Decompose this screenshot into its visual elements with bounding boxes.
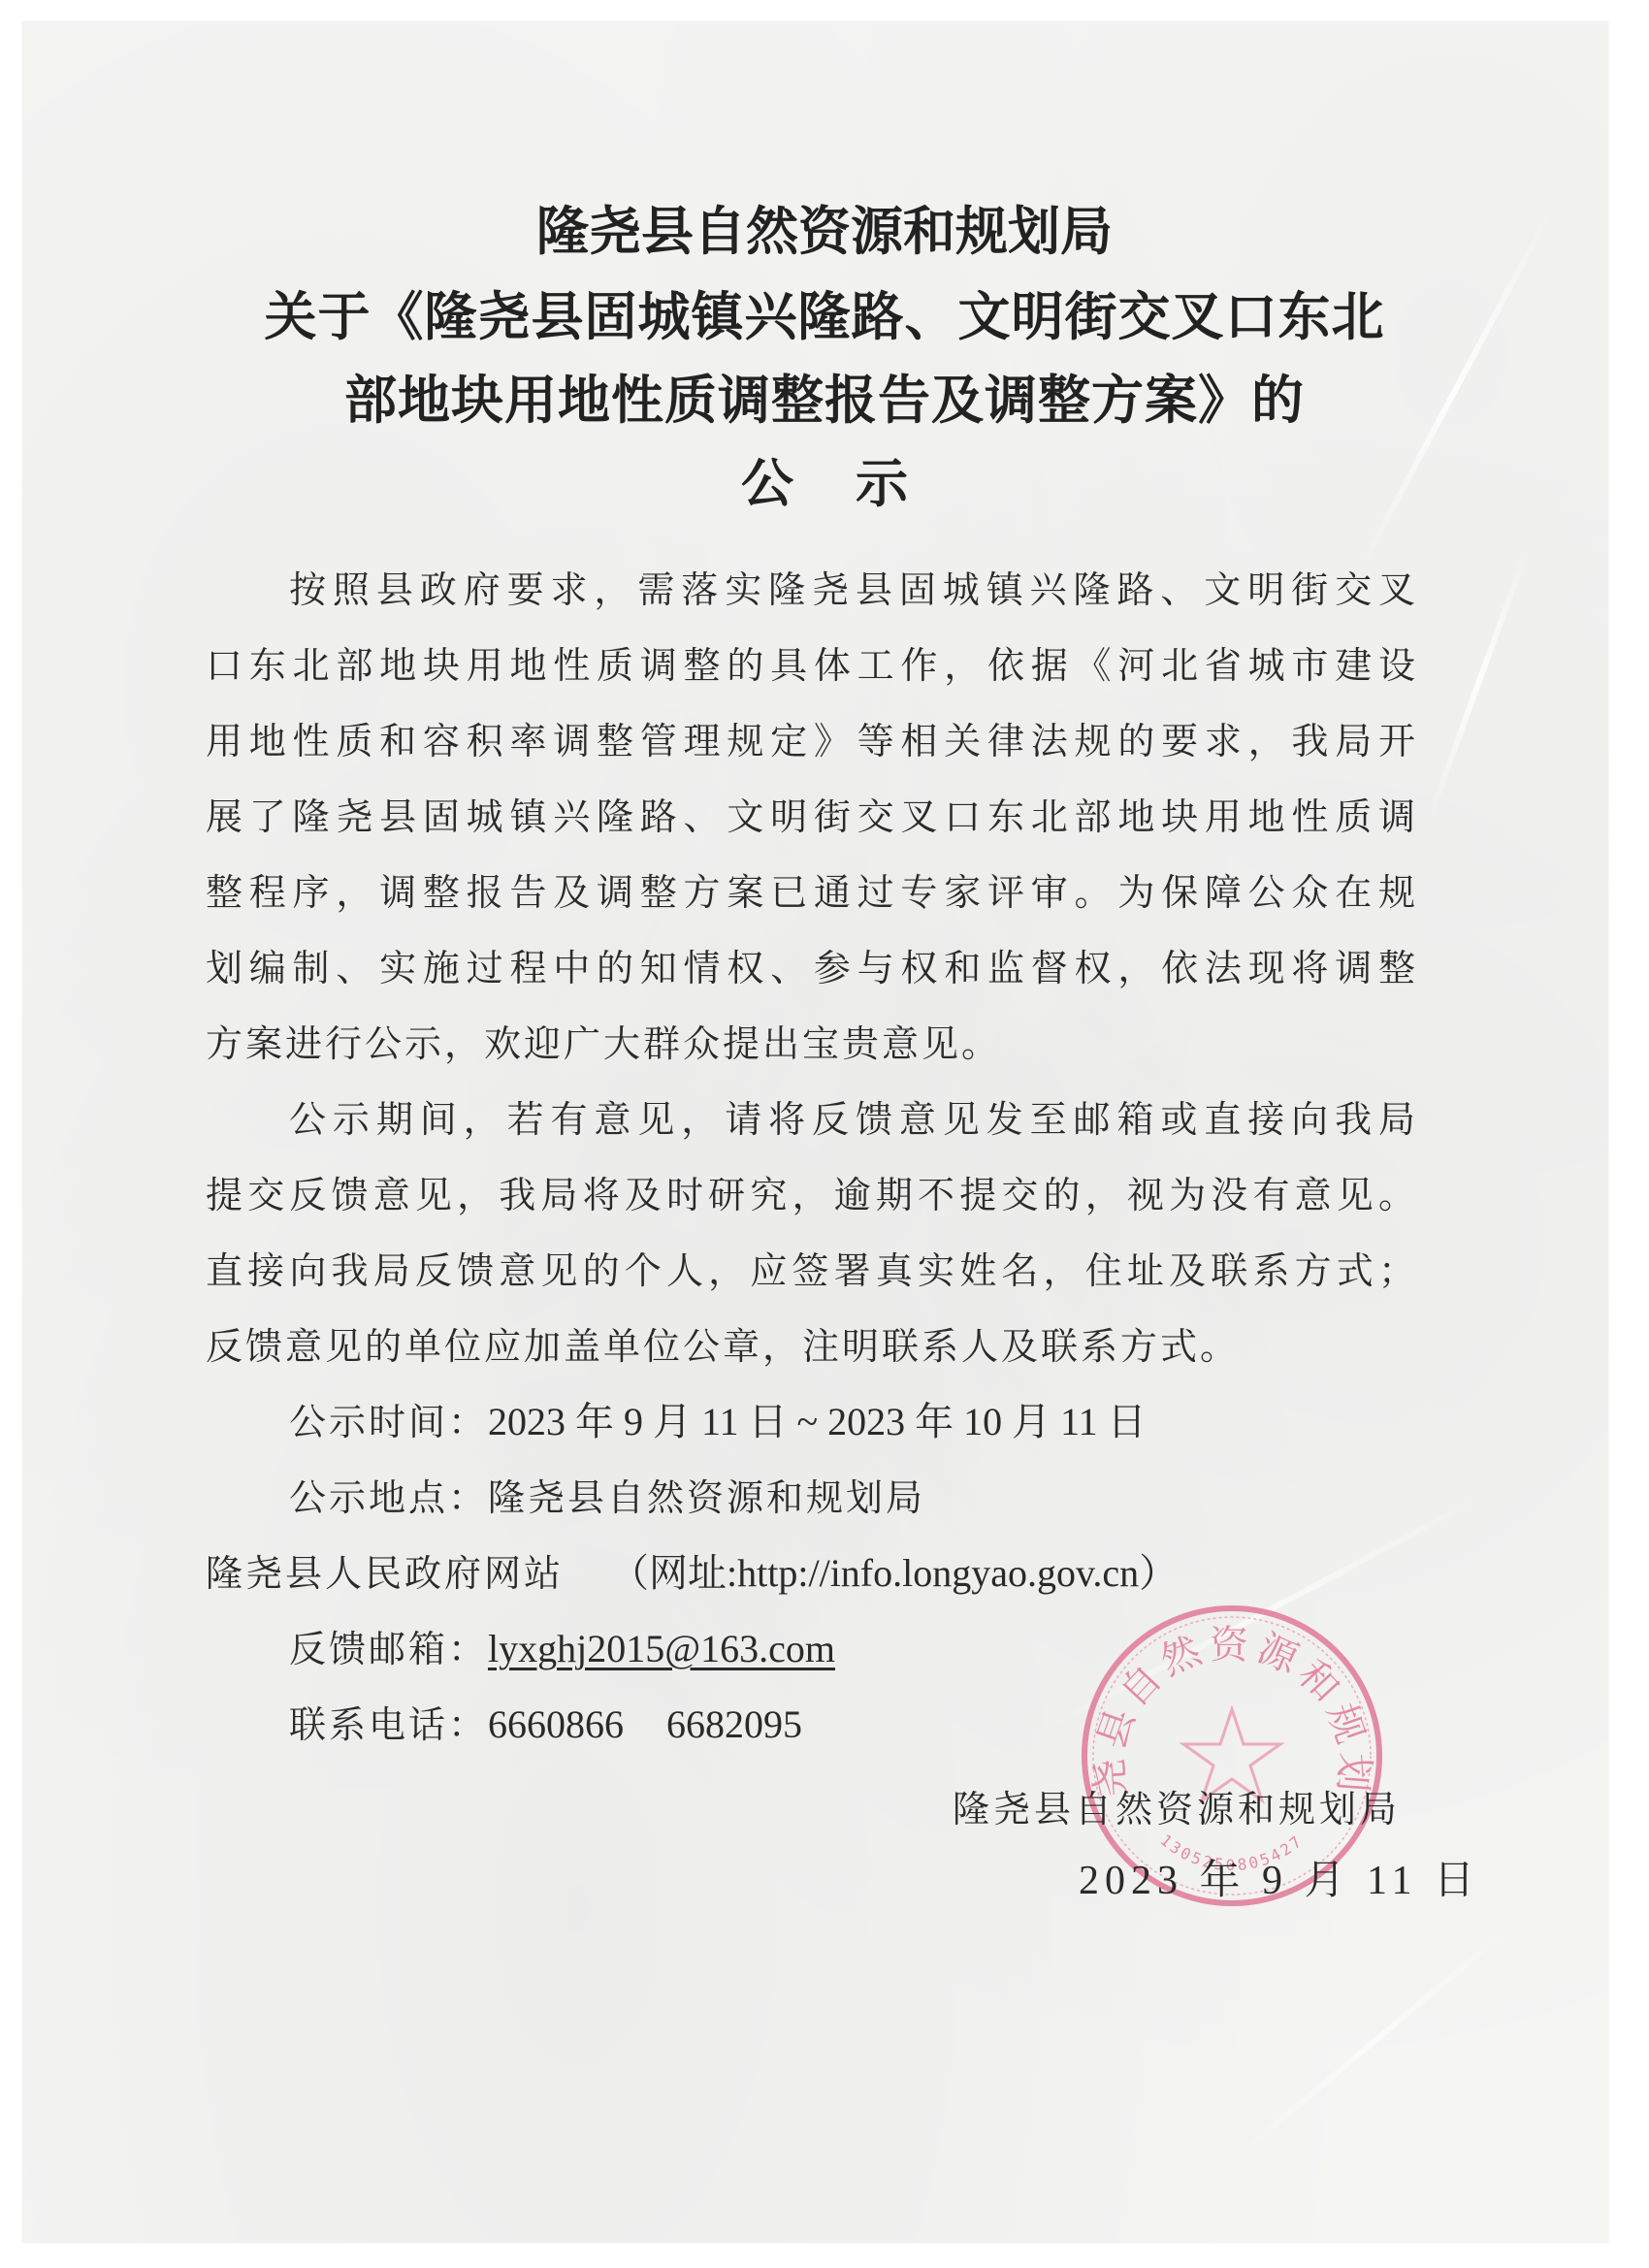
- feedback-email-label: 反馈邮箱：: [289, 1628, 488, 1670]
- notice-period-value: 2023 年 9 月 11 日 ~ 2023 年 10 月 11 日: [488, 1400, 1147, 1443]
- feedback-email: 反馈邮箱：lyxghj2015@163.com: [289, 1627, 835, 1671]
- issue-date: 2023 年 9 月 11 日: [1079, 1859, 1480, 1903]
- contact-phone-1: 6660866: [488, 1702, 624, 1746]
- document-title-line-1: 隆尧县自然资源和规划局: [0, 202, 1649, 260]
- paragraph-1-line: 按照县政府要求，需落实隆尧县固城镇兴隆路、文明街交叉: [289, 567, 1418, 612]
- paragraph-1-line: 方案进行公示，欢迎广大群众提出宝贵意见。: [206, 1021, 1418, 1066]
- contact-phone-label: 联系电话：: [289, 1703, 488, 1746]
- paragraph-1-line: 划编制、实施过程中的知情权、参与权和监督权，依法现将调整: [206, 946, 1418, 990]
- notice-website: 隆尧县人民政府网站（网址:http://info.longyao.gov.cn）: [206, 1551, 1178, 1596]
- notice-period: 公示时间：2023 年 9 月 11 日 ~ 2023 年 10 月 11 日: [289, 1400, 1147, 1444]
- paper-crease: [1233, 1919, 1519, 2160]
- notice-location: 公示地点：隆尧县自然资源和规划局: [289, 1475, 925, 1520]
- paragraph-2-line: 直接向我局反馈意见的个人，应签署真实姓名，住址及联系方式；: [206, 1248, 1418, 1293]
- paragraph-2-line: 公示期间，若有意见，请将反馈意见发至邮箱或直接向我局: [289, 1097, 1418, 1142]
- paragraph-2-line: 反馈意见的单位应加盖单位公章，注明联系人及联系方式。: [206, 1324, 1418, 1369]
- paragraph-2-line: 提交反馈意见，我局将及时研究，逾期不提交的，视为没有意见。: [206, 1173, 1418, 1217]
- contact-phone-2: 6682095: [666, 1702, 802, 1746]
- paper-crease: [1426, 545, 1531, 821]
- notice-period-label: 公示时间：: [289, 1401, 488, 1443]
- paragraph-1-line: 用地性质和容积率调整管理规定》等相关律法规的要求，我局开: [206, 719, 1418, 763]
- notice-location-label: 公示地点：: [289, 1476, 488, 1519]
- website-url[interactable]: （网址:http://info.longyao.gov.cn）: [610, 1551, 1178, 1595]
- issuer-signature: 隆尧县自然资源和规划局: [953, 1787, 1401, 1831]
- seal-text: 隆尧县自然资源和规划局: [1079, 1603, 1376, 1799]
- paragraph-1-line: 口东北部地块用地性质调整的具体工作，依据《河北省城市建设: [206, 643, 1418, 688]
- document-title-line-3: 部地块用地性质调整报告及调整方案》的: [0, 371, 1649, 429]
- feedback-email-link[interactable]: lyxghj2015@163.com: [488, 1627, 835, 1670]
- website-label: 隆尧县人民政府网站: [206, 1552, 564, 1595]
- document-title-line-2: 关于《隆尧县固城镇兴隆路、文明街交叉口东北: [0, 287, 1649, 345]
- contact-phone: 联系电话：66608666682095: [289, 1702, 802, 1747]
- svg-text:隆尧县自然资源和规划局: 隆尧县自然资源和规划局: [1079, 1603, 1376, 1799]
- document-title-line-4: 公示: [0, 454, 1649, 512]
- paragraph-1-line: 展了隆尧县固城镇兴隆路、文明街交叉口东北部地块用地性质调: [206, 794, 1418, 839]
- notice-location-value: 隆尧县自然资源和规划局: [488, 1476, 925, 1519]
- paragraph-1-line: 整程序，调整报告及调整方案已通过专家评审。为保障公众在规: [206, 870, 1418, 915]
